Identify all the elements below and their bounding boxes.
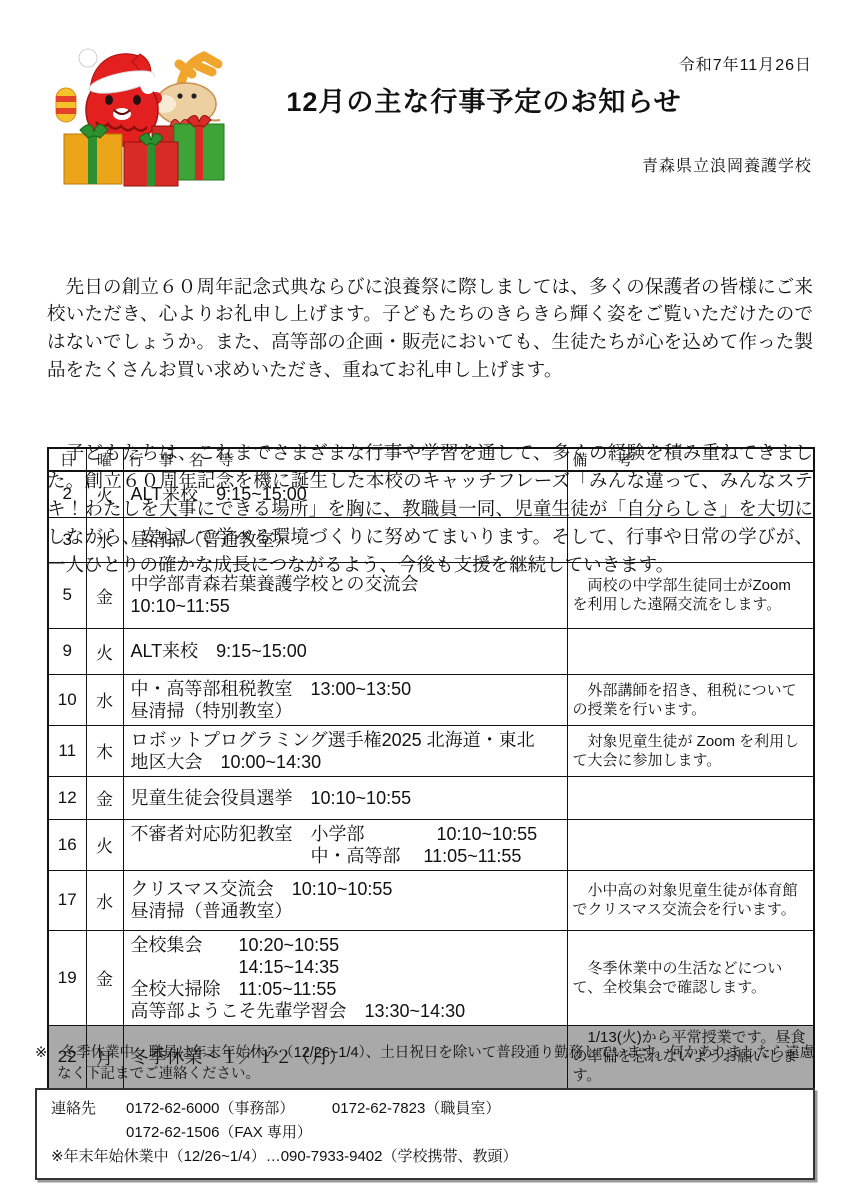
table-row: 9 火 ALT来校 9:15~15:00 [48, 628, 814, 674]
cell-event: ALT来校 9:15~15:00 [123, 628, 567, 674]
page-title: 12月の主な行事予定のお知らせ [120, 80, 848, 119]
cell-event: クリスマス交流会 10:10~10:55 昼清掃（普通教室） [123, 870, 567, 930]
table-header-row: 日 曜 行 事 名 等 備 考 [48, 448, 814, 471]
cell-remark: 外部講師を招き、租税についての授業を行います。 [567, 674, 814, 725]
striped-arm-icon [56, 88, 76, 122]
cell-weekday: 火 [86, 628, 123, 674]
cell-day: 11 [48, 725, 86, 776]
header-weekday: 曜 [86, 448, 123, 471]
cell-day: 9 [48, 628, 86, 674]
cell-event: 中・高等部租税教室 13:00~13:50 昼清掃（特別教室） [123, 674, 567, 725]
cell-weekday: 金 [86, 930, 123, 1025]
event-schedule-table: 日 曜 行 事 名 等 備 考 2 火 ALT来校 9:15~15:00 3 水… [47, 447, 815, 1090]
cell-weekday: 水 [86, 870, 123, 930]
cell-remark: 両校の中学部生徒同士がZoom を利用した遠隔交流をします。 [567, 562, 814, 628]
cell-weekday: 水 [86, 674, 123, 725]
cell-day: 19 [48, 930, 86, 1025]
cell-weekday: 火 [86, 471, 123, 517]
table-row: 16 火 不審者対応防犯教室 小学部 10:10~10:55 中・高等部 11:… [48, 819, 814, 870]
cell-event: ALT来校 9:15~15:00 [123, 471, 567, 517]
cell-event: ロボットプログラミング選手権2025 北海道・東北 地区大会 10:00~14:… [123, 725, 567, 776]
cell-day: 5 [48, 562, 86, 628]
cell-remark: 冬季休業中の生活などについて、全校集会で確認します。 [567, 930, 814, 1025]
table-row: 3 水 昼清掃（普通教室） [48, 517, 814, 562]
contact-box: 連絡先 0172-62-6000（事務部） 0172-62-7823（職員室） … [35, 1088, 815, 1180]
cell-remark [567, 517, 814, 562]
cell-remark [567, 471, 814, 517]
table-row: 19 金 全校集会 10:20~10:55 14:15~14:35 全校大掃除 … [48, 930, 814, 1025]
table-row: 17 水 クリスマス交流会 10:10~10:55 昼清掃（普通教室） 小中高の… [48, 870, 814, 930]
cell-day: 3 [48, 517, 86, 562]
document-page: 令和7年11月26日 12月の主な行事予定のお知らせ 青森県立浪岡養護学校 先日… [0, 0, 848, 1200]
cell-weekday: 金 [86, 562, 123, 628]
document-date: 令和7年11月26日 [679, 52, 812, 75]
cell-weekday: 金 [86, 776, 123, 819]
header-remarks: 備 考 [567, 448, 814, 471]
header-event: 行 事 名 等 [123, 448, 567, 471]
header-day: 日 [48, 448, 86, 471]
footnote-text: ※ 冬季休業中、職員は年末年始休み（12/26~1/4）、土日祝日を除いて普段通… [35, 1043, 815, 1085]
cell-weekday: 木 [86, 725, 123, 776]
cell-day: 10 [48, 674, 86, 725]
cell-event: 中学部青森若葉養護学校との交流会 10:10~11:55 [123, 562, 567, 628]
cell-remark: 対象児童生徒が Zoom を利用して大会に参加します。 [567, 725, 814, 776]
table-row: 5 金 中学部青森若葉養護学校との交流会 10:10~11:55 両校の中学部生… [48, 562, 814, 628]
cell-remark [567, 776, 814, 819]
cell-event: 児童生徒会役員選挙 10:10~10:55 [123, 776, 567, 819]
cell-weekday: 火 [86, 819, 123, 870]
paragraph-1: 先日の創立６０周年記念式典ならびに浪養祭に際しましては、多くの保護者の皆様にご来… [47, 273, 813, 384]
cell-event: 全校集会 10:20~10:55 14:15~14:35 全校大掃除 11:05… [123, 930, 567, 1025]
cell-remark [567, 628, 814, 674]
cell-day: 2 [48, 471, 86, 517]
cell-event: 不審者対応防犯教室 小学部 10:10~10:55 中・高等部 11:05~11… [123, 819, 567, 870]
school-name: 青森県立浪岡養護学校 [642, 153, 812, 176]
cell-day: 17 [48, 870, 86, 930]
cell-day: 12 [48, 776, 86, 819]
cell-day: 16 [48, 819, 86, 870]
table-row: 11 木 ロボットプログラミング選手権2025 北海道・東北 地区大会 10:0… [48, 725, 814, 776]
table-row: 2 火 ALT来校 9:15~15:00 [48, 471, 814, 517]
table-row: 10 水 中・高等部租税教室 13:00~13:50 昼清掃（特別教室） 外部講… [48, 674, 814, 725]
table-row: 12 金 児童生徒会役員選挙 10:10~10:55 [48, 776, 814, 819]
contact-line-holiday: ※年末年始休業中（12/26~1/4）…090-7933-9402（学校携帯、教… [51, 1145, 799, 1169]
cell-weekday: 水 [86, 517, 123, 562]
cell-remark [567, 819, 814, 870]
contact-line-fax: 0172-62-1506（FAX 専用） [51, 1121, 799, 1145]
cell-remark: 小中高の対象児童生徒が体育館でクリスマス交流会を行います。 [567, 870, 814, 930]
cell-event: 昼清掃（普通教室） [123, 517, 567, 562]
contact-line-phones: 連絡先 0172-62-6000（事務部） 0172-62-7823（職員室） [51, 1097, 799, 1121]
